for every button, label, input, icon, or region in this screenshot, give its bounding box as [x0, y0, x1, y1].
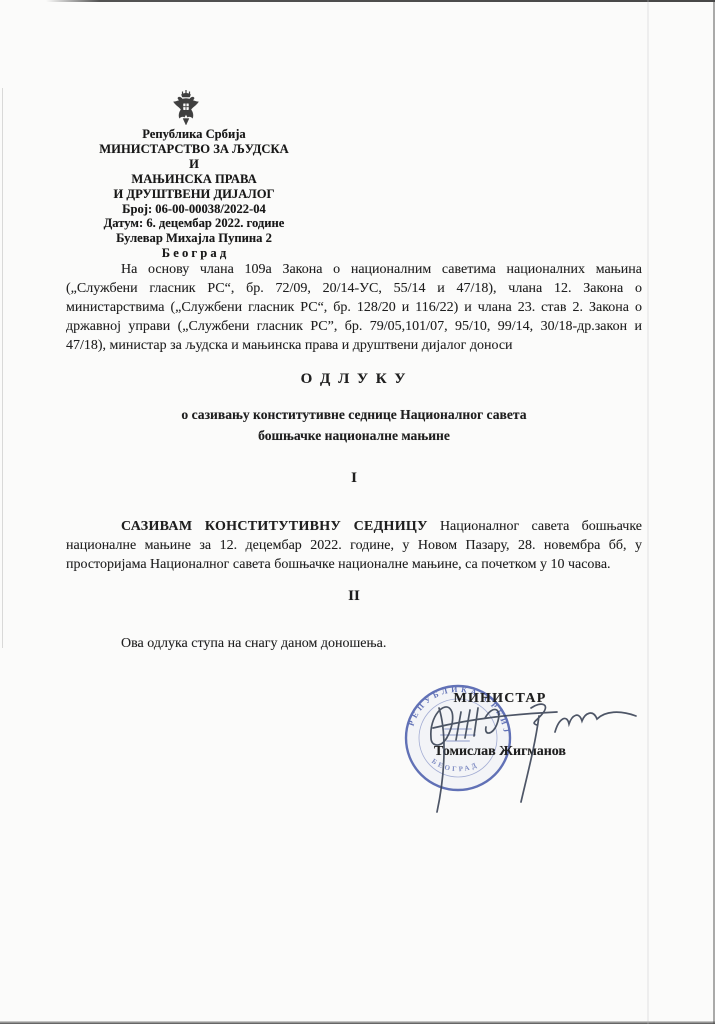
section-1-lead: САЗИВАМ КОНСТИТУТИВНУ СЕДНИЦУ	[121, 519, 428, 534]
section-1-paragraph: САЗИВАМ КОНСТИТУТИВНУ СЕДНИЦУ Национално…	[66, 517, 642, 574]
scan-edge-top	[46, 0, 715, 2]
decision-subtitle: о сазивању конститутивне седнице Национа…	[66, 404, 642, 446]
serbian-coat-of-arms-icon	[170, 90, 202, 128]
letterhead-ministry-line-3: И ДРУШТВЕНИ ДИЈАЛОГ	[95, 187, 293, 202]
letterhead-ministry-line-2: МАЊИНСКА ПРАВА	[95, 172, 293, 187]
document-page: Република Србија МИНИСТАРСТВО ЗА ЉУДСКА …	[0, 0, 715, 1024]
letterhead-date: Датум: 6. децембар 2022. године	[95, 216, 293, 231]
scan-fold-line	[647, 0, 649, 1024]
letterhead-country: Република Србија	[95, 127, 293, 142]
scan-edge-left	[2, 88, 3, 648]
section-2-paragraph: Ова одлука ступа на снагу даном доношења…	[66, 634, 642, 653]
handwritten-signature	[415, 688, 650, 818]
letterhead-ministry-line-1: МИНИСТАРСТВО ЗА ЉУДСКА И	[95, 142, 293, 172]
letterhead-city: Б е о г р а д	[95, 246, 293, 261]
section-2-numeral: II	[66, 588, 642, 605]
decision-title: О Д Л У К У	[66, 371, 642, 388]
letterhead-number: Број: 06-00-00038/2022-04	[95, 202, 293, 217]
decision-subtitle-line-2: бошњачке националне мањине	[66, 425, 642, 446]
preamble-paragraph: На основу члана 109а Закона о национални…	[66, 260, 642, 355]
section-1-numeral: I	[66, 470, 642, 487]
letterhead: Република Србија МИНИСТАРСТВО ЗА ЉУДСКА …	[95, 127, 293, 261]
decision-subtitle-line-1: о сазивању конститутивне седнице Национа…	[66, 404, 642, 425]
letterhead-address: Булевар Михајла Пупина 2	[95, 231, 293, 246]
